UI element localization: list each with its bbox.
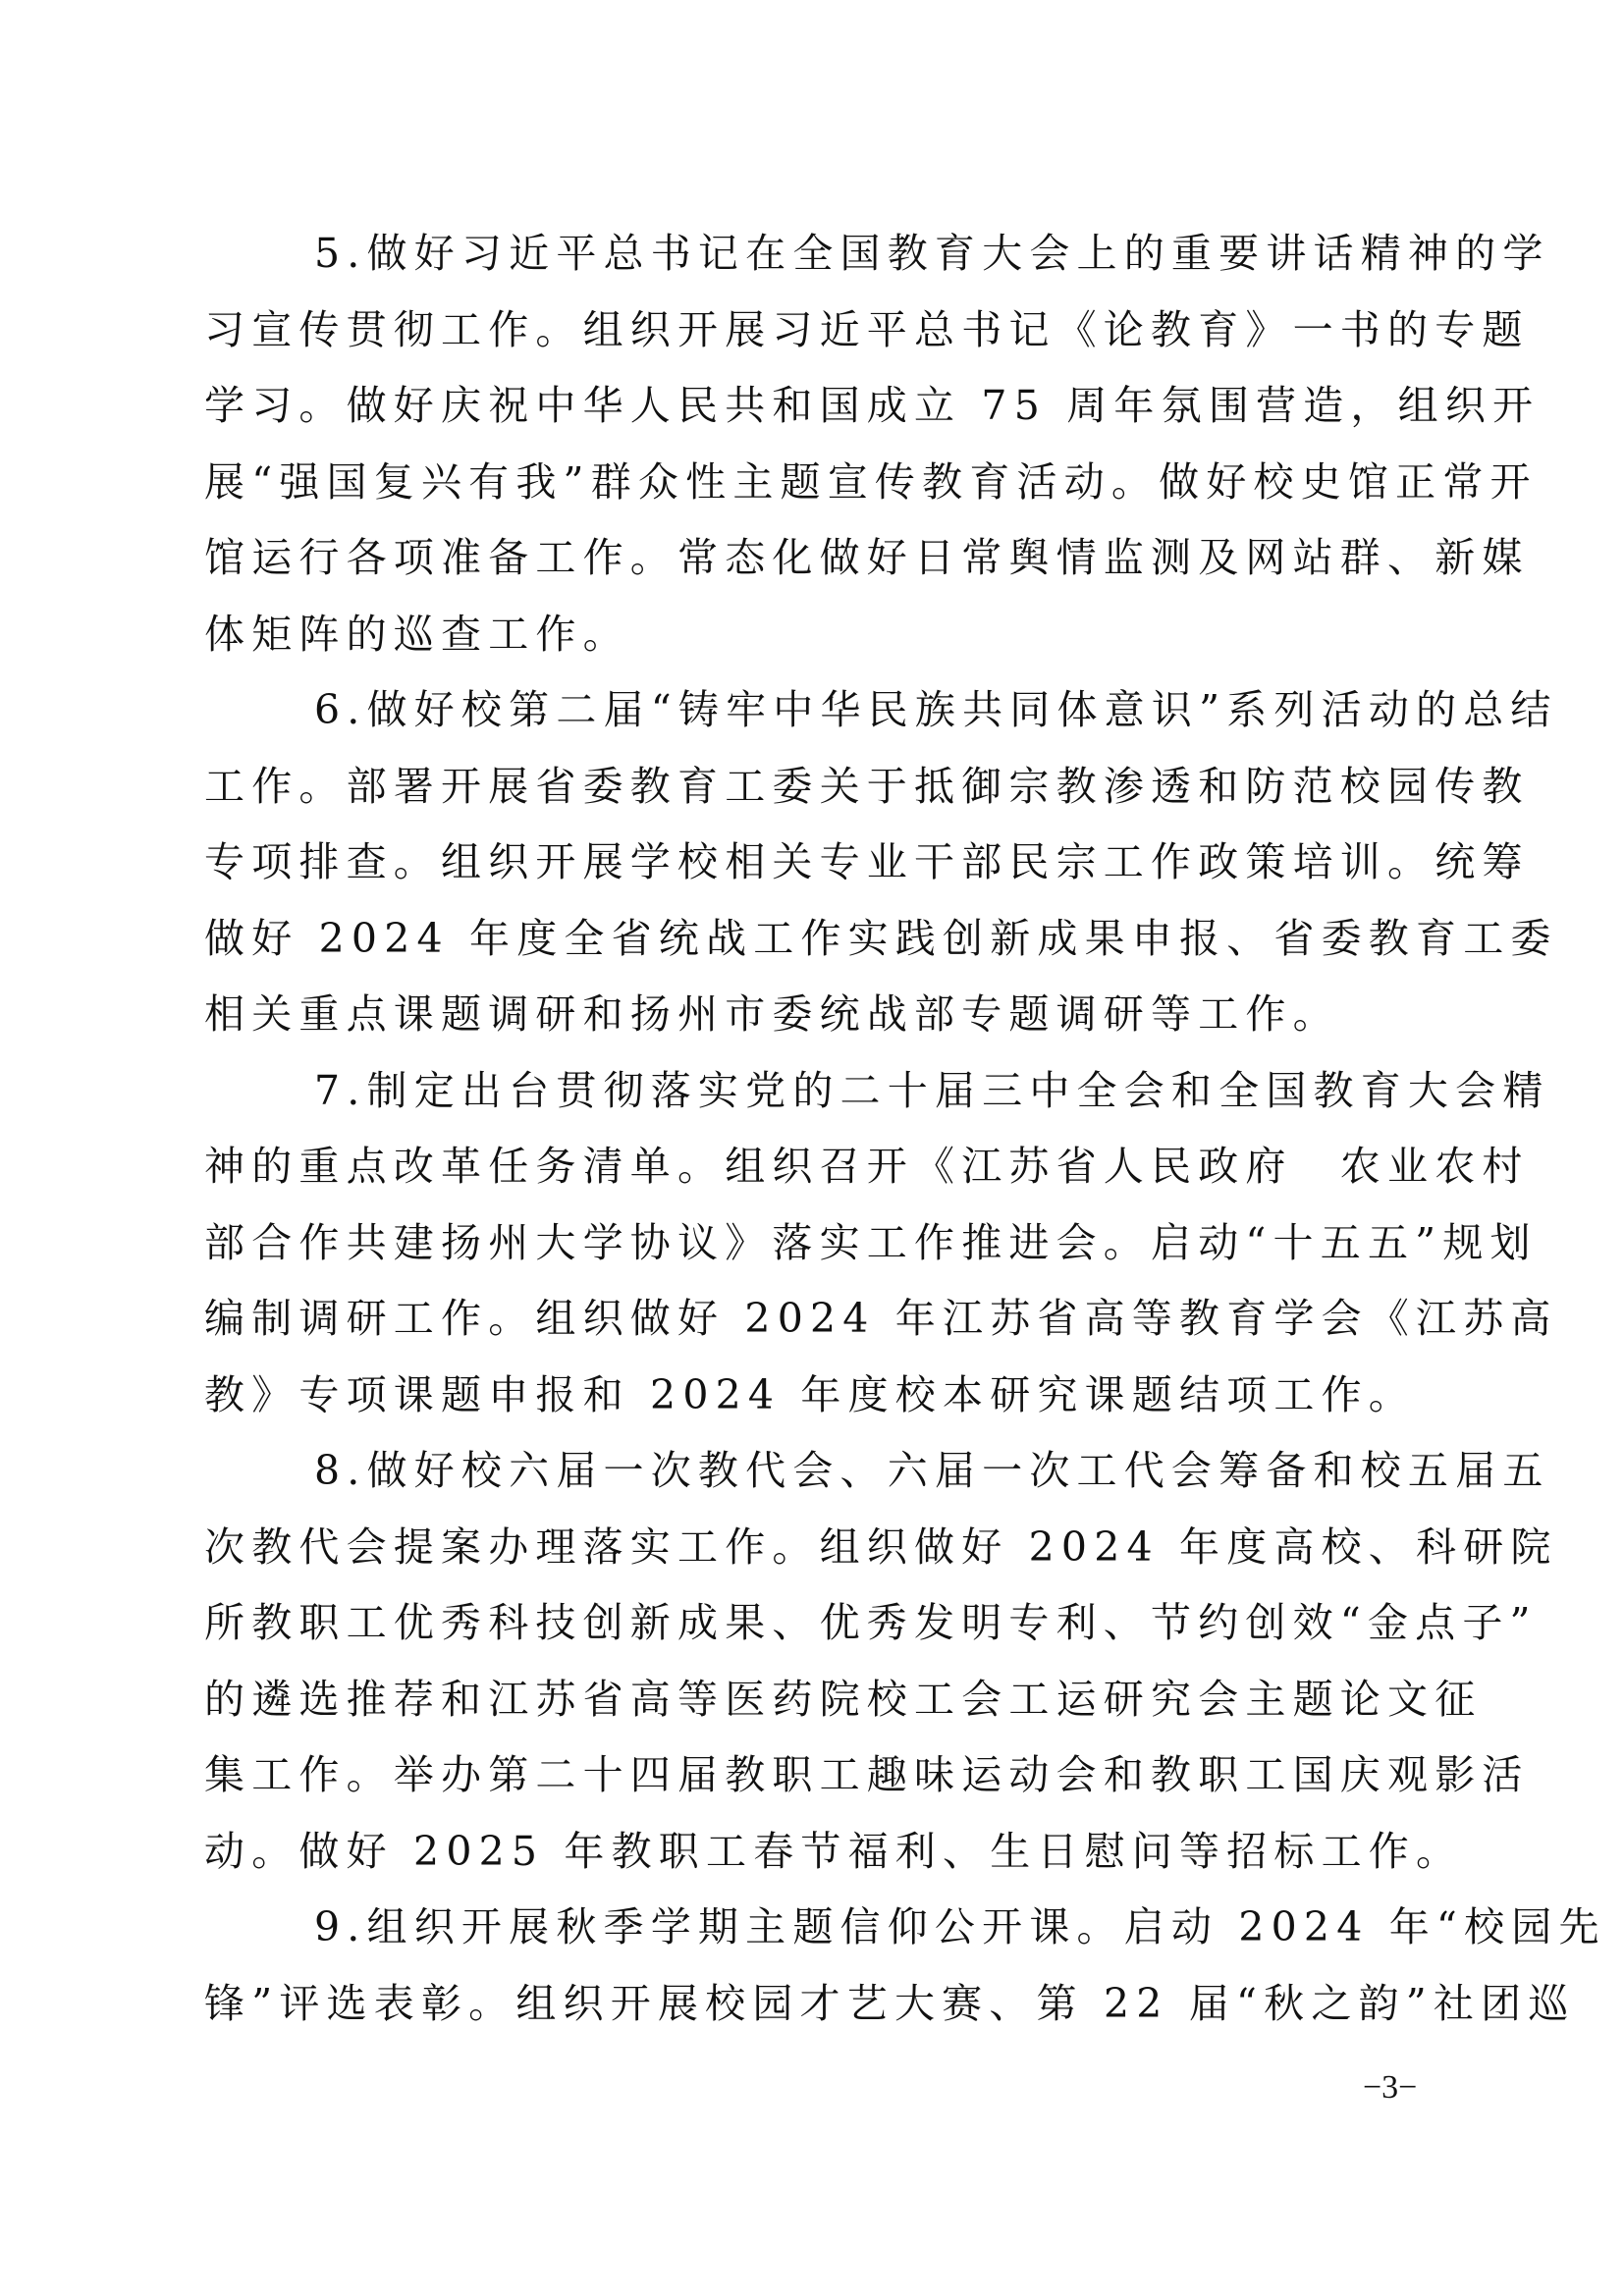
text-line: 学习。做好庆祝中华人民共和国成立 75 周年氛围营造，组织开 — [204, 368, 1432, 445]
text-line: 体矩阵的巡查工作。 — [204, 597, 1432, 673]
text-line: 所教职工优秀科技创新成果、优秀发明专利、节约创效“金点子” — [204, 1585, 1432, 1662]
text-line: 7.制定出台贯彻落实党的二十届三中全会和全国教育大会精 — [204, 1053, 1432, 1130]
text-line: 9.组织开展秋季学期主题信仰公开课。启动 2024 年“校园先 — [204, 1890, 1432, 1966]
text-line: 次教代会提案办理落实工作。组织做好 2024 年度高校、科研院 — [204, 1510, 1432, 1586]
paragraph-8: 8.做好校六届一次教代会、六届一次工代会筹备和校五届五 次教代会提案办理落实工作… — [204, 1433, 1432, 1890]
paragraph-6: 6.做好校第二届“铸牢中华民族共同体意识”系列活动的总结 工作。部署开展省委教育… — [204, 672, 1432, 1053]
paragraph-5: 5.做好习近平总书记在全国教育大会上的重要讲话精神的学 习宣传贯彻工作。组织开展… — [204, 216, 1432, 672]
text-line: 神的重点改革任务清单。组织召开《江苏省人民政府 农业农村 — [204, 1129, 1432, 1205]
text-line: 动。做好 2025 年教职工春节福利、生日慰问等招标工作。 — [204, 1814, 1432, 1891]
document-body: 5.做好习近平总书记在全国教育大会上的重要讲话精神的学 习宣传贯彻工作。组织开展… — [204, 216, 1432, 2042]
text-line: 锋”评选表彰。组织开展校园才艺大赛、第 22 届“秋之韵”社团巡 — [204, 1966, 1432, 2043]
text-line: 8.做好校六届一次教代会、六届一次工代会筹备和校五届五 — [204, 1433, 1432, 1510]
paragraph-7: 7.制定出台贯彻落实党的二十届三中全会和全国教育大会精 神的重点改革任务清单。组… — [204, 1053, 1432, 1434]
text-line: 馆运行各项准备工作。常态化做好日常舆情监测及网站群、新媒 — [204, 520, 1432, 597]
page-number: −3− — [1363, 2069, 1417, 2107]
text-line: 集工作。举办第二十四届教职工趣味运动会和教职工国庆观影活 — [204, 1737, 1432, 1814]
text-line: 展“强国复兴有我”群众性主题宣传教育活动。做好校史馆正常开 — [204, 445, 1432, 521]
text-line: 习宣传贯彻工作。组织开展习近平总书记《论教育》一书的专题 — [204, 293, 1432, 369]
text-line: 相关重点课题调研和扬州市委统战部专题调研等工作。 — [204, 977, 1432, 1053]
text-line: 专项排查。组织开展学校相关专业干部民宗工作政策培训。统筹 — [204, 825, 1432, 901]
text-line: 做好 2024 年度全省统战工作实践创新成果申报、省委教育工委 — [204, 901, 1432, 978]
text-line: 6.做好校第二届“铸牢中华民族共同体意识”系列活动的总结 — [204, 672, 1432, 749]
text-line: 教》专项课题申报和 2024 年度校本研究课题结项工作。 — [204, 1358, 1432, 1434]
text-line: 工作。部署开展省委教育工委关于抵御宗教渗透和防范校园传教 — [204, 749, 1432, 826]
document-page: 5.做好习近平总书记在全国教育大会上的重要讲话精神的学 习宣传贯彻工作。组织开展… — [0, 0, 1624, 2296]
text-line: 编制调研工作。组织做好 2024 年江苏省高等教育学会《江苏高 — [204, 1281, 1432, 1358]
text-line: 5.做好习近平总书记在全国教育大会上的重要讲话精神的学 — [204, 216, 1432, 293]
text-line: 部合作共建扬州大学协议》落实工作推进会。启动“十五五”规划 — [204, 1205, 1432, 1282]
text-line: 的遴选推荐和江苏省高等医药院校工会工运研究会主题论文征 — [204, 1662, 1432, 1738]
paragraph-9: 9.组织开展秋季学期主题信仰公开课。启动 2024 年“校园先 锋”评选表彰。组… — [204, 1890, 1432, 2042]
